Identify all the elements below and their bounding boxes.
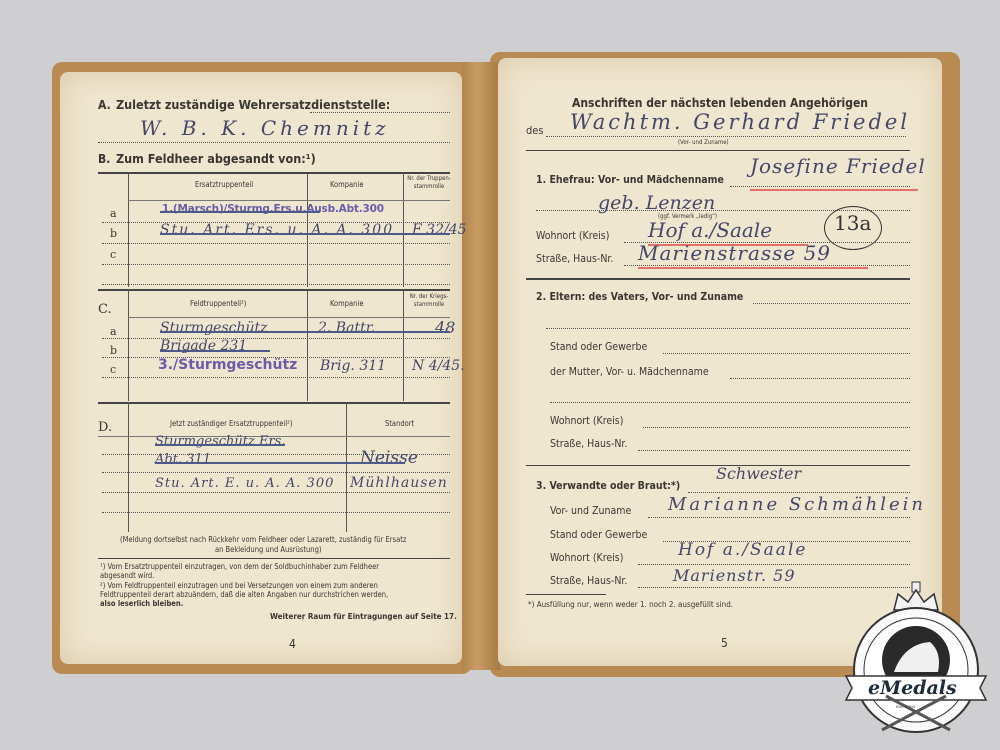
parents-label: 2. Eltern: des Vaters, Vor- und Zuname bbox=[536, 291, 743, 303]
dotted-line bbox=[624, 265, 910, 266]
emedals-badge-icon bbox=[842, 580, 990, 740]
row-letter: c bbox=[110, 363, 116, 376]
section-d-note-2: an Bekleidung und Ausrüstung) bbox=[215, 545, 321, 554]
strike-through bbox=[155, 462, 405, 464]
row-letter: b bbox=[110, 344, 117, 357]
dotted-line bbox=[550, 402, 910, 403]
footnote-2-line-3: also leserlich bleiben. bbox=[100, 599, 183, 608]
section-rule bbox=[526, 278, 910, 280]
relative-strasse-label: Straße, Haus-Nr. bbox=[550, 575, 627, 587]
col-header-kompanie: Kompanie bbox=[330, 180, 363, 189]
section-b-label: B. bbox=[98, 152, 110, 166]
entry-c-a-unit: Sturmgeschütz bbox=[160, 320, 268, 336]
column-divider bbox=[128, 172, 129, 287]
table-rule bbox=[128, 317, 450, 318]
table-rule bbox=[98, 402, 450, 404]
entry-c-a-kompanie: 2. Battr. bbox=[318, 320, 375, 336]
watermark-brand: eMedals bbox=[868, 677, 957, 699]
strike-through bbox=[160, 350, 270, 352]
row-letter: a bbox=[110, 207, 117, 220]
dotted-line bbox=[98, 142, 450, 143]
dotted-line bbox=[663, 353, 910, 354]
col-header-feldtruppenteil: Feldtruppenteil²) bbox=[190, 299, 246, 308]
dotted-line bbox=[643, 427, 910, 428]
col-header-kompanie: Kompanie bbox=[330, 299, 363, 308]
dotted-line bbox=[102, 264, 450, 265]
section-d-note-1: (Meldung dortselbst nach Rückkehr vom Fe… bbox=[120, 535, 406, 544]
dotted-line bbox=[730, 378, 910, 379]
dotted-line bbox=[102, 377, 450, 378]
spouse-wohnort: Hof a./Saale bbox=[648, 218, 772, 242]
circled-number: 13a bbox=[834, 211, 871, 235]
table-rule bbox=[98, 289, 450, 291]
page-number-4: 4 bbox=[289, 637, 296, 651]
relative-wohnort: Hof a./Saale bbox=[678, 540, 807, 560]
entry-d-3-unit: Stu. Art. E. u. A. A. 300 bbox=[155, 476, 334, 491]
mother-name-label: der Mutter, Vor- u. Mädchenname bbox=[550, 366, 709, 378]
relatives-label: 3. Verwandte oder Braut:*) bbox=[536, 480, 680, 492]
dotted-line bbox=[753, 303, 910, 304]
entry-b-b-nr: F 32/45 bbox=[412, 222, 467, 238]
row-letter: b bbox=[110, 227, 117, 240]
strike-through bbox=[160, 233, 450, 235]
dotted-line bbox=[102, 512, 450, 513]
dotted-line bbox=[102, 338, 450, 339]
column-divider bbox=[403, 172, 404, 287]
section-a-label: A. bbox=[98, 98, 111, 112]
des-caption: (Vor- und Zuname) bbox=[678, 139, 729, 146]
section-b-title: Zum Feldheer abgesandt von:¹) bbox=[116, 151, 316, 166]
relative-strasse: Marienstr. 59 bbox=[673, 566, 796, 585]
entry-d-2-unit: Abt. 311 bbox=[155, 452, 211, 467]
col-header-ersatztruppenteil: Ersatztruppenteil bbox=[195, 180, 253, 189]
column-divider bbox=[403, 289, 404, 401]
entry-d-2-standort: Neisse bbox=[360, 448, 418, 468]
footnote-rule bbox=[98, 558, 450, 559]
row-letter: c bbox=[110, 248, 116, 261]
soldier-name: Wachtm. Gerhard Friedel bbox=[570, 110, 910, 134]
relatives-footnote: *) Ausfüllung nur, wenn weder 1. noch 2.… bbox=[528, 600, 733, 609]
section-c-label: C. bbox=[98, 302, 112, 317]
des-label: des bbox=[526, 124, 544, 137]
spouse-strasse-label: Straße, Haus-Nr. bbox=[536, 253, 613, 265]
red-underline bbox=[750, 189, 918, 191]
book-spine bbox=[462, 62, 500, 670]
page-number-5: 5 bbox=[721, 636, 728, 650]
col-header-jetzt-ersatztruppenteil: Jetzt zuständiger Ersatztruppenteil²) bbox=[170, 419, 292, 428]
dotted-line bbox=[546, 328, 910, 329]
relative-wohnort-label: Wohnort (Kreis) bbox=[550, 552, 623, 564]
dotted-line bbox=[102, 284, 450, 285]
col-header-standort: Standort bbox=[385, 419, 414, 428]
dotted-line bbox=[648, 517, 910, 518]
row-letter: a bbox=[110, 325, 117, 338]
strike-through bbox=[160, 211, 320, 213]
right-page: Anschriften der nächsten lebenden Angehö… bbox=[498, 58, 942, 666]
section-a-entry: W. B. K. Chemnitz bbox=[140, 116, 390, 140]
section-d-label: D. bbox=[98, 420, 112, 435]
col-header-kriegsstammrolle: Nr. der Kriegs-stammrolle bbox=[406, 293, 452, 309]
column-divider bbox=[128, 289, 129, 401]
father-stand-label: Stand oder Gewerbe bbox=[550, 341, 647, 353]
relation-entry: Schwester bbox=[716, 464, 801, 483]
dotted-line bbox=[102, 243, 450, 244]
relatives-title: Anschriften der nächsten lebenden Angehö… bbox=[572, 96, 868, 110]
entry-d-3-standort: Mühlhausen bbox=[350, 475, 448, 491]
further-space-note: Weiterer Raum für Eintragungen auf Seite… bbox=[270, 612, 457, 621]
strike-through bbox=[160, 331, 450, 333]
emedals-watermark: eMedals Est. 1983 bbox=[842, 580, 990, 740]
entry-b-b-unit: Stu. Art. Ers. u. A. A. 300 bbox=[160, 222, 394, 238]
entry-d-1-unit: Sturmgeschütz Ers. bbox=[155, 434, 285, 449]
red-underline bbox=[638, 267, 868, 269]
col-header-stammrolle: Nr. der Truppen-stammrolle bbox=[406, 175, 452, 191]
relative-stand-label: Stand oder Gewerbe bbox=[550, 529, 647, 541]
dotted-line bbox=[688, 492, 910, 493]
dotted-line bbox=[310, 112, 450, 113]
relative-name: Marianne Schmählein bbox=[668, 494, 926, 515]
relative-name-label: Vor- und Zuname bbox=[550, 505, 631, 517]
stamp-b-a: 1.(Marsch)/Sturmg.Ers.u.Ausb.Abt.300 bbox=[162, 203, 384, 215]
stamp-c-c-unit: 3./Sturmgeschütz bbox=[158, 357, 297, 373]
dotted-line bbox=[102, 492, 450, 493]
spouse-wohnort-label: Wohnort (Kreis) bbox=[536, 230, 609, 242]
left-page: A. Zuletzt zuständige Wehrersatzdienstst… bbox=[60, 72, 462, 664]
footnote-1-line-2: abgesandt wird. bbox=[100, 571, 154, 580]
entry-c-a-nr: 48 bbox=[435, 318, 455, 337]
table-rule bbox=[98, 172, 450, 174]
parents-strasse-label: Straße, Haus-Nr. bbox=[550, 438, 627, 450]
footnote-2-line-1: ²) Vom Feldtruppenteil einzutragen und b… bbox=[100, 581, 378, 590]
strike-through bbox=[155, 444, 285, 446]
spouse-label: 1. Ehefrau: Vor- und Mädchenname bbox=[536, 174, 724, 186]
entry-c-c-kompanie: Brig. 311 bbox=[320, 358, 386, 374]
dotted-line bbox=[638, 450, 910, 451]
dotted-line bbox=[638, 564, 910, 565]
dotted-line bbox=[102, 472, 450, 473]
table-rule bbox=[128, 200, 450, 201]
spouse-strasse: Marienstrasse 59 bbox=[638, 241, 831, 265]
footnote-1-line-1: ¹) Vom Ersatztruppenteil einzutragen, vo… bbox=[100, 562, 379, 571]
column-divider bbox=[307, 289, 308, 401]
footnote-rule bbox=[526, 594, 606, 595]
dotted-line bbox=[730, 186, 910, 187]
spouse-name: Josefine Friedel bbox=[750, 154, 926, 178]
parents-wohnort-label: Wohnort (Kreis) bbox=[550, 415, 623, 427]
section-rule bbox=[526, 150, 910, 151]
dotted-line bbox=[546, 136, 906, 137]
footnote-2-line-2: Feldtruppenteil derart abzuändern, daß d… bbox=[100, 590, 388, 599]
entry-c-c-nr: N 4/45. bbox=[412, 358, 465, 374]
watermark-est: Est. 1983 bbox=[896, 704, 915, 709]
section-a-title: Zuletzt zuständige Wehrersatzdienststell… bbox=[116, 97, 390, 112]
